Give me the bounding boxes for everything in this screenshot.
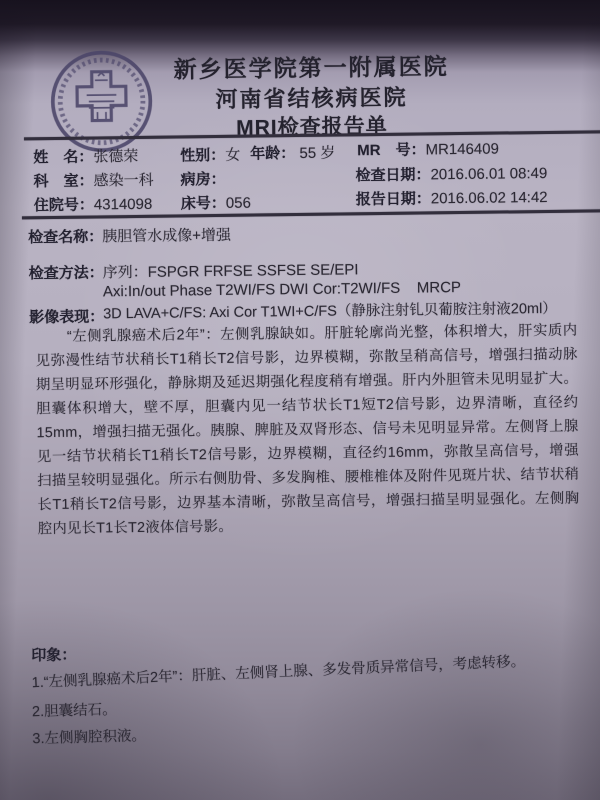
patient-ward-field: 病房： <box>180 168 225 190</box>
patient-ward-label: 病房： <box>180 171 225 189</box>
patient-mr-value: MR146409 <box>425 141 499 159</box>
patient-admission-label: 住院号： <box>34 197 94 215</box>
impression-item-2: 2.胆囊结石。 <box>32 698 117 721</box>
patient-admission-value: 4314098 <box>94 196 153 214</box>
impression-item-1: 1.“左侧乳腺癌术后2年”：肝脏、左侧肾上腺、多发骨质异常信号，考虑转移。 <box>31 650 525 693</box>
patient-gender-label: 性别： <box>180 147 225 165</box>
exam-date-value: 2016.06.01 08:49 <box>430 165 547 183</box>
patient-age-label: 年龄： <box>250 145 295 163</box>
paper-sheet: 新乡医学院第一附属医院 河南省结核病医院 MRI检查报告单 姓 名：张德荣 性别… <box>0 0 600 800</box>
patient-admission-field: 住院号：4314098 <box>34 193 153 215</box>
mri-report-photo: 新乡医学院第一附属医院 河南省结核病医院 MRI检查报告单 姓 名：张德荣 性别… <box>0 0 600 800</box>
patient-age-value: 55 岁 <box>299 145 335 162</box>
impression-item-3: 3.左侧胸腔积液。 <box>32 724 146 748</box>
exam-name-label: 检查名称： <box>28 225 103 247</box>
patient-bed-value: 056 <box>226 195 251 212</box>
patient-bed-label: 床号： <box>181 195 226 213</box>
exam-date-field: 检查日期：2016.06.01 08:49 <box>355 162 547 185</box>
patient-name-label: 姓 名： <box>33 149 93 167</box>
exam-method-label: 检查方法： <box>29 261 104 283</box>
patient-gender-field: 性别：女 <box>180 144 240 166</box>
report-date-value: 2016.06.02 14:42 <box>431 189 548 207</box>
patient-name-value: 张德荣 <box>93 148 138 166</box>
patient-age-field: 年龄： 55 岁 <box>250 142 335 164</box>
patient-dept-field: 科 室：感染一科 <box>33 169 153 191</box>
patient-gender-value: 女 <box>225 147 240 164</box>
patient-bed-field: 床号：056 <box>181 192 251 214</box>
exam-name-value: 胰胆管水成像+增强 <box>102 224 231 247</box>
exam-method-line2: Axi:In/out Phase T2WI/FS DWI Cor:T2WI/FS… <box>103 279 461 300</box>
patient-dept-value: 感染一科 <box>93 172 153 190</box>
patient-mr-field: MR 号：MR146409 <box>357 138 499 161</box>
exam-method-line1: 序列：FSPGR FRFSE SSFSE SE/EPI <box>103 258 359 282</box>
exam-date-label: 检查日期： <box>355 166 430 184</box>
patient-name-field: 姓 名：张德荣 <box>33 145 138 167</box>
patient-dept-label: 科 室： <box>33 173 93 191</box>
patient-mr-label: MR 号： <box>357 141 426 159</box>
impression-label: 印象： <box>31 644 76 666</box>
report-date-field: 报告日期：2016.06.02 14:42 <box>356 186 548 209</box>
report-date-label: 报告日期： <box>356 190 431 208</box>
findings-paragraph: “左侧乳腺癌术后2年”：左侧乳腺缺如。肝脏轮廓尚光整，体积增大，肝实质内见弥漫性… <box>35 319 580 542</box>
